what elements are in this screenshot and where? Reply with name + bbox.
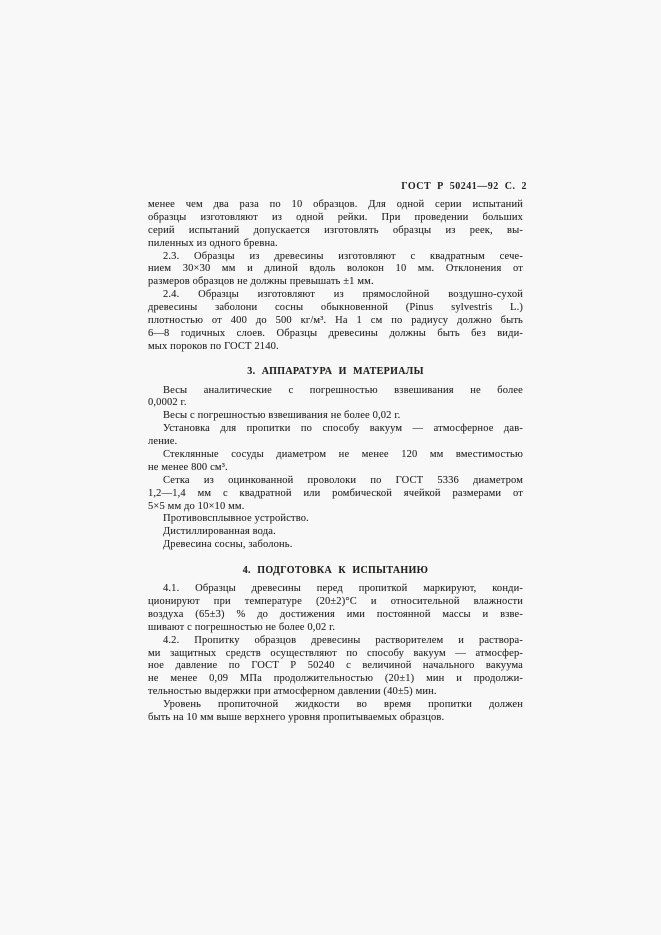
text-line: Весы с погрешностью взвешивания не более… (148, 410, 523, 423)
page-header-gost-number: ГОСТ Р 50241—92 С. 2 (401, 181, 527, 192)
paragraph: Стеклянные сосуды диаметром не менее 120… (148, 449, 523, 475)
paragraph: 2.3. Образцы из древесины изготовляют с … (148, 251, 523, 290)
text-line: воздуха (65±3) % до достижения ими посто… (148, 609, 523, 622)
text-line: Древесина сосны, заболонь. (148, 539, 523, 552)
text-line: пиленных из одного бревна. (148, 238, 523, 251)
text-line: древесины заболони сосны обыкновенной (P… (148, 302, 523, 315)
paragraph: 4.2. Пропитку образцов древесины раствор… (148, 635, 523, 699)
text-line: мых пороков по ГОСТ 2140. (148, 341, 523, 354)
text-line: серий испытаний допускается изготовлять … (148, 225, 523, 238)
document-body: менее чем два раза по 10 образцов. Для о… (148, 199, 523, 725)
text-line: шивают с погрешностью не более 0,02 г. (148, 622, 523, 635)
text-line: Стеклянные сосуды диаметром не менее 120… (148, 449, 523, 462)
text-line: 5×5 мм до 10×10 мм. (148, 501, 523, 514)
text-line: Уровень пропиточной жидкости во время пр… (148, 699, 523, 712)
paragraph: Противовсплывное устройство. (148, 513, 523, 526)
text-line: ционируют при температуре (20±2)°С и отн… (148, 596, 523, 609)
paragraph: Весы с погрешностью взвешивания не более… (148, 410, 523, 423)
text-line: Дистиллированная вода. (148, 526, 523, 539)
paragraph: Установка для пропитки по способу вакуум… (148, 423, 523, 449)
text-line: размеров образцов не должны превышать ±1… (148, 276, 523, 289)
text-line: 4.1. Образцы древесины перед пропиткой м… (148, 583, 523, 596)
paragraph: Уровень пропиточной жидкости во время пр… (148, 699, 523, 725)
text-line: быть на 10 мм выше верхнего уровня пропи… (148, 712, 523, 725)
text-line: 4.2. Пропитку образцов древесины раствор… (148, 635, 523, 648)
text-line: плотностью от 400 до 500 кг/м³. На 1 см … (148, 315, 523, 328)
paragraph: Дистиллированная вода. (148, 526, 523, 539)
document-page: ГОСТ Р 50241—92 С. 2 менее чем два раза … (0, 0, 661, 935)
paragraph: Сетка из оцинкованной проволоки по ГОСТ … (148, 475, 523, 514)
text-line: менее чем два раза по 10 образцов. Для о… (148, 199, 523, 212)
text-line: не менее 0,09 МПа продолжительностью (20… (148, 673, 523, 686)
paragraph: Весы аналитические с погрешностью взвеши… (148, 385, 523, 411)
paragraph: 2.4. Образцы изготовляют из прямослойной… (148, 289, 523, 353)
text-line: Установка для пропитки по способу вакуум… (148, 423, 523, 436)
paragraph: менее чем два раза по 10 образцов. Для о… (148, 199, 523, 251)
text-line: тельностью выдержки при атмосферном давл… (148, 686, 523, 699)
section-heading: 4. ПОДГОТОВКА К ИСПЫТАНИЮ (148, 565, 523, 578)
text-line: образцы изготовляют из одной рейки. При … (148, 212, 523, 225)
text-line: ное давление по ГОСТ Р 50240 с величиной… (148, 660, 523, 673)
text-line: 1,2—1,4 мм с квадратной или ромбической … (148, 488, 523, 501)
text-line: Противовсплывное устройство. (148, 513, 523, 526)
text-line: ми защитных средств осуществляют по спос… (148, 648, 523, 661)
text-line: 0,0002 г. (148, 397, 523, 410)
text-line: 2.4. Образцы изготовляют из прямослойной… (148, 289, 523, 302)
section-heading: 3. АППАРАТУРА И МАТЕРИАЛЫ (148, 366, 523, 379)
text-line: Весы аналитические с погрешностью взвеши… (148, 385, 523, 398)
text-line: нием 30×30 мм и длиной вдоль волокон 10 … (148, 263, 523, 276)
text-line: 2.3. Образцы из древесины изготовляют с … (148, 251, 523, 264)
text-line: ление. (148, 436, 523, 449)
text-line: 6—8 годичных слоев. Образцы древесины до… (148, 328, 523, 341)
paragraph: 4.1. Образцы древесины перед пропиткой м… (148, 583, 523, 635)
paragraph: Древесина сосны, заболонь. (148, 539, 523, 552)
text-line: не менее 800 см³. (148, 462, 523, 475)
text-line: Сетка из оцинкованной проволоки по ГОСТ … (148, 475, 523, 488)
